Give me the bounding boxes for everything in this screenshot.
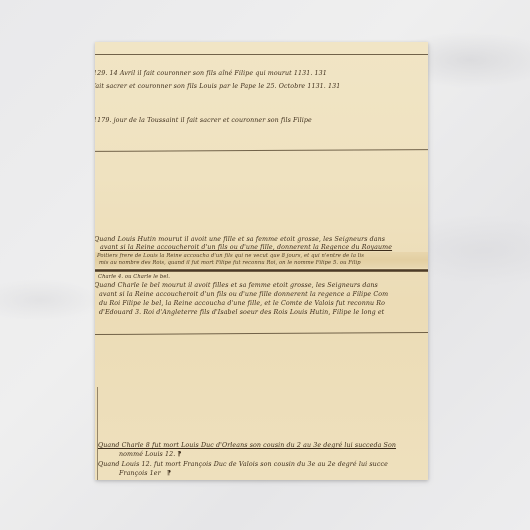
manuscript-text: nommé Louis 12.: [119, 451, 175, 458]
manuscript-line: mis au nombre des Rois, quand il fut mor…: [99, 260, 361, 266]
manuscript-line: 129. 14 Avril il fait couronner son fils…: [95, 70, 327, 77]
pasted-strip: Poitiers frere de Louis la Reine accouch…: [95, 252, 428, 268]
manuscript-line: d'Edouard 3. Roi d'Angleterre fils d'Isa…: [99, 309, 384, 316]
paper-fold: [95, 269, 428, 272]
postcard: 129. 14 Avril il fait couronner son fils…: [95, 42, 428, 480]
section-rule: [95, 332, 428, 335]
manuscript-line: François 1er ⁋: [119, 470, 171, 477]
manuscript-line: Quand Charle 8 fut mort Louis Duc d'Orle…: [98, 442, 396, 449]
manuscript-line: Quand Charle le bel mourut il avoit fill…: [95, 282, 378, 289]
manuscript-line: avant si la Reine accoucheroit d'un fils…: [100, 244, 392, 251]
manuscript-line: Quand Louis 12. fut mort François Duc de…: [98, 461, 388, 468]
manuscript-line: Quand Louis Hutin mourut il avoit une fi…: [95, 236, 385, 243]
manuscript-line: Charle 4. ou Charle le bel.: [98, 274, 170, 280]
manuscript-line: Poitiers frere de Louis la Reine accouch…: [97, 253, 364, 259]
section-rule: [95, 149, 428, 152]
manuscript-line: du Roi Filipe le bel, la Reine accoucha …: [99, 300, 385, 307]
paragraph-mark-icon: ⁋: [177, 451, 181, 458]
manuscript-text: François 1er: [119, 470, 161, 477]
manuscript-line: nommé Louis 12. ⁋: [119, 451, 182, 458]
manuscript-line: avant si la Reine accoucheroit d'un fils…: [99, 291, 388, 298]
manuscript-line: fait sacrer et couronner son fils Louis …: [95, 83, 340, 90]
paragraph-mark-icon: ⁋: [167, 470, 171, 477]
manuscript-line: 1179. jour de la Toussaint il fait sacre…: [95, 117, 312, 124]
top-rule: [95, 54, 428, 55]
